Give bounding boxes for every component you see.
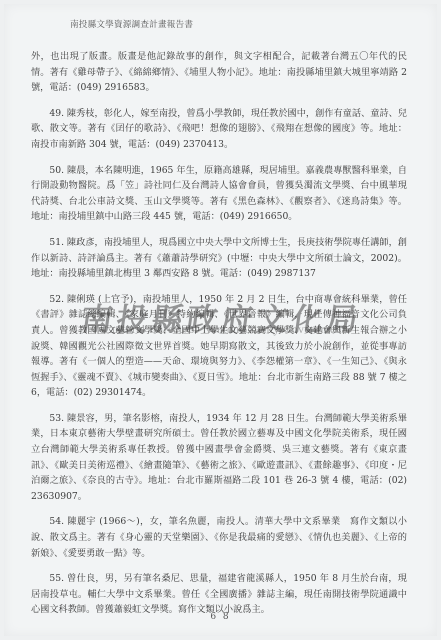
entry-50: 50. 陳晨，本名陳明進，1965 年生，原籍高雄縣，現居埔里。嘉義農專獸醫科畢… [31, 163, 407, 225]
paragraph-continued: 外，也出現了版畫。版畫是他記錄故事的創作，與文字相配合，記載著台灣五〇年代的民情… [31, 49, 407, 96]
page-number: 6 8 [0, 612, 441, 622]
entry-51: 51. 陳政彥，南投埔里人，現爲國立中央大學中文所博士生，長庚技術學院專任講師，… [31, 235, 407, 282]
entry-53: 53. 陳景容，男，筆名影榕，南投人，1934 年 12 月 28 日生。台灣師… [31, 411, 407, 505]
document-page: 南投縣文學資源調查計畫報告書 外，也出現了版畫。版畫是他記錄故事的創作，與文字相… [4, 4, 437, 636]
entry-55: 55. 曾仕良，男，另有筆名桑尼、思量，福建省龍溪縣人，1950 年 8 月生於… [31, 571, 407, 618]
running-header: 南投縣文學資源調查計畫報告書 [70, 18, 193, 30]
entry-54: 54. 陳麗宇 (1966～)，女，筆名魚麗，南投人。清華大學中文系畢業 寫作文… [31, 514, 407, 561]
body-text: 外，也出現了版畫。版畫是他記錄故事的創作，與文字相配合，記載著台灣五〇年代的民情… [31, 49, 407, 628]
entry-49: 49. 陳秀枝，彰化人，嫁至南投，曾爲小學教師，現任教於國中，創作有童話、童詩、… [31, 106, 407, 153]
entry-52: 52. 陳俐瑛 (上官予)，南投埔里人，1950 年 2 月 2 日生，台中商專… [31, 292, 407, 401]
